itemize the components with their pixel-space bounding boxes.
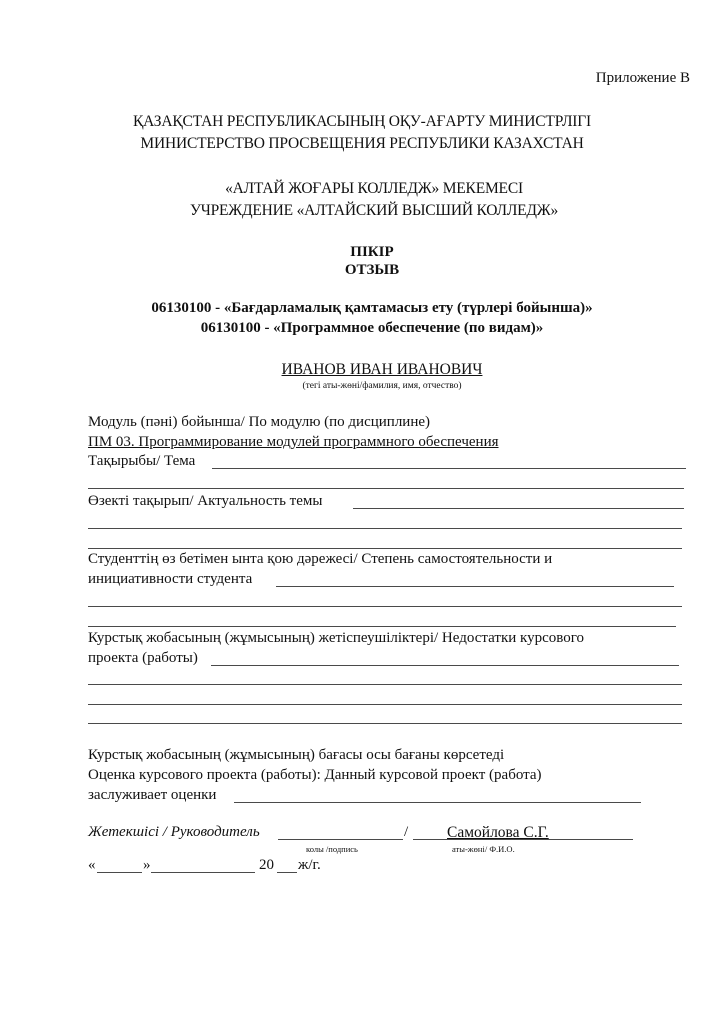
supervisor-label: Жетекшісі / Руководитель — [88, 824, 260, 841]
shortcomings-line-2[interactable] — [88, 684, 682, 685]
grade-label-3: заслуживает оценки — [88, 787, 216, 804]
shortcomings-line[interactable] — [211, 665, 679, 666]
signature-caption: колы /подпись — [306, 844, 358, 854]
doc-title-kz: ПІКІР — [10, 244, 724, 261]
signature-separator: / — [404, 824, 408, 841]
date-month-line[interactable] — [151, 872, 255, 873]
institution-name-ru: УЧРЕЖДЕНИЕ «АЛТАЙСКИЙ ВЫСШИЙ КОЛЛЕДЖ» — [12, 202, 724, 220]
appendix-label: Приложение В — [596, 70, 690, 87]
relevance-line-2[interactable] — [88, 528, 682, 529]
relevance-line-3[interactable] — [88, 548, 682, 549]
student-name-caption: (тегі аты-жөні/фамилия, имя, отчество) — [20, 381, 724, 391]
signature-line[interactable] — [278, 839, 403, 840]
date-year-prefix: 20 — [259, 857, 274, 874]
name-caption: аты-жөні/ Ф.И.О. — [452, 844, 515, 854]
independence-line-2[interactable] — [88, 606, 682, 607]
shortcomings-line-4[interactable] — [88, 723, 682, 724]
date-open-quote: « — [88, 857, 96, 874]
topic-line[interactable] — [212, 468, 686, 469]
shortcomings-label-1: Курстық жобасының (жұмысының) жетіспеуші… — [88, 630, 584, 647]
independence-label-1: Студенттің өз бетімен ынта қою дәрежесі/… — [88, 551, 688, 568]
relevance-line[interactable] — [353, 508, 684, 509]
shortcomings-line-3[interactable] — [88, 704, 682, 705]
module-value: ПМ 03. Программирование модулей программ… — [88, 434, 499, 451]
specialty-kz: 06130100 - «Бағдарламалық қамтамасыз ету… — [10, 300, 724, 317]
relevance-label: Өзекті тақырып/ Актуальность темы — [88, 493, 322, 510]
independence-line[interactable] — [276, 586, 674, 587]
specialty-ru: 06130100 - «Программное обеспечение (по … — [10, 320, 724, 337]
ministry-name-ru: МИНИСТЕРСТВО ПРОСВЕЩЕНИЯ РЕСПУБЛИКИ КАЗА… — [0, 135, 724, 153]
supervisor-name: Самойлова С.Г. — [447, 824, 549, 842]
date-day-line[interactable] — [97, 872, 142, 873]
institution-name-kz: «АЛТАЙ ЖОҒАРЫ КОЛЛЕДЖ» МЕКЕМЕСІ — [12, 180, 724, 198]
grade-label-1: Курстық жобасының (жұмысының) бағасы осы… — [88, 747, 504, 764]
independence-label-2: инициативности студента — [88, 571, 252, 588]
module-label: Модуль (пәні) бойынша/ По модулю (по дис… — [88, 414, 430, 431]
topic-line-2[interactable] — [88, 488, 684, 489]
date-year-suffix: ж/г. — [298, 857, 321, 874]
grade-label-2: Оценка курсового проекта (работы): Данны… — [88, 767, 542, 784]
date-close-quote: » — [143, 857, 151, 874]
doc-title-ru: ОТЗЫВ — [10, 262, 724, 279]
student-name: ИВАНОВ ИВАН ИВАНОВИЧ — [20, 361, 724, 379]
date-year-line[interactable] — [277, 872, 297, 873]
shortcomings-label-2: проекта (работы) — [88, 650, 198, 667]
grade-line[interactable] — [234, 802, 641, 803]
ministry-name-kz: ҚАЗАҚСТАН РЕСПУБЛИКАСЫНЫҢ ОҚУ-АҒАРТУ МИН… — [0, 113, 724, 131]
topic-label: Тақырыбы/ Тема — [88, 453, 195, 470]
independence-line-3[interactable] — [88, 626, 676, 627]
